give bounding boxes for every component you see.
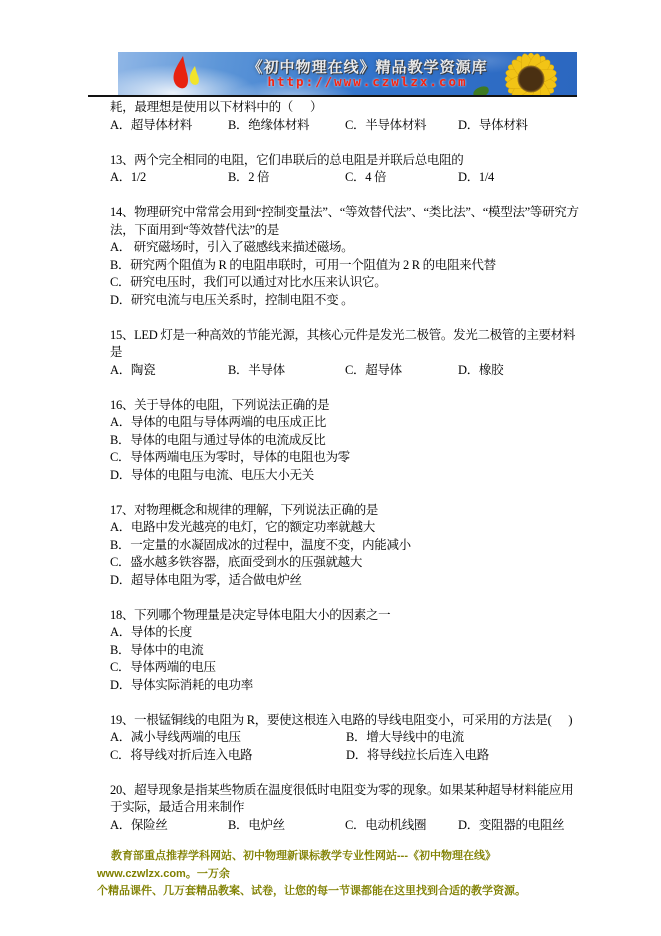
option-a: A．导体的长度 bbox=[110, 624, 585, 642]
option-c: C．盛水越多铁容器，底面受到水的压强就越大 bbox=[110, 554, 585, 572]
footer-line2: 个精品课件、几万套精品教案、试卷，让您的每一节课都能在这里找到合适的教学资源。 bbox=[97, 883, 585, 901]
question-stem: 耗，最理想是使用以下材料中的（ ） bbox=[110, 99, 585, 117]
option-b: B．导体的电阻与通过导体的电流成反比 bbox=[110, 432, 585, 450]
option-b: B．增大导线中的电流 bbox=[346, 729, 585, 747]
option-b: B．一定量的水凝固成冰的过程中，温度不变，内能减小 bbox=[110, 537, 585, 555]
option-d: D．橡胶 bbox=[458, 362, 585, 380]
option-d: D．导体材料 bbox=[458, 117, 585, 135]
option-d: D．导体的电阻与电流、电压大小无关 bbox=[110, 467, 585, 485]
option-a: A．超导体材料 bbox=[110, 117, 228, 135]
question-continuation: 耗，最理想是使用以下材料中的（ ） A．超导体材料 B．绝缘体材料 C．半导体材… bbox=[110, 99, 585, 134]
question-13: 13、两个完全相同的电阻，它们串联后的总电阻是并联后总电阻的 A．1/2 B．2… bbox=[110, 152, 585, 187]
option-a: A．导体的电阻与导体两端的电压成正比 bbox=[110, 414, 585, 432]
option-a: A．减小导线两端的电压 bbox=[110, 729, 346, 747]
question-stem: 18、下列哪个物理量是决定导体电阻大小的因素之一 bbox=[110, 607, 585, 625]
question-stem: 14、物理研究中常常会用到“控制变量法”、“等效替代法”、“类比法”、“模型法”… bbox=[110, 204, 585, 239]
option-d: D．1/4 bbox=[458, 169, 585, 187]
option-d: D．超导体电阻为零，适合做电炉丝 bbox=[110, 572, 585, 590]
option-a: A．电路中发光越亮的电灯，它的额定功率就越大 bbox=[110, 519, 585, 537]
question-19: 19、一根锰铜线的电阻为 R，要使这根连入电路的导线电阻变小，可采用的方法是( … bbox=[110, 712, 585, 765]
site-footer: 教育部重点推荐学科网站、初中物理新课标教学专业性网站---《初中物理在线》www… bbox=[97, 848, 585, 901]
question-stem: 17、对物理概念和规律的理解，下列说法正确的是 bbox=[110, 502, 585, 520]
option-b: B．半导体 bbox=[228, 362, 345, 380]
option-c: C．4 倍 bbox=[345, 169, 458, 187]
option-a: A．陶瓷 bbox=[110, 362, 228, 380]
option-d: D．变阻器的电阻丝 bbox=[458, 817, 585, 835]
worksheet-body: 耗，最理想是使用以下材料中的（ ） A．超导体材料 B．绝缘体材料 C．半导体材… bbox=[110, 99, 585, 852]
question-17: 17、对物理概念和规律的理解，下列说法正确的是 A．电路中发光越亮的电灯，它的额… bbox=[110, 502, 585, 590]
option-c: C．电动机线圈 bbox=[345, 817, 458, 835]
option-c: C．超导体 bbox=[345, 362, 458, 380]
question-stem: 20、超导现象是指某些物质在温度很低时电阻变为零的现象。如果某种超导材料能应用于… bbox=[110, 782, 585, 817]
option-b: B．绝缘体材料 bbox=[228, 117, 345, 135]
sunflower-icon bbox=[491, 52, 571, 95]
option-d: D．研究电流与电压关系时，控制电阻不变 。 bbox=[110, 292, 585, 310]
option-b: B．导体中的电流 bbox=[110, 642, 585, 660]
question-18: 18、下列哪个物理量是决定导体电阻大小的因素之一 A．导体的长度 B．导体中的电… bbox=[110, 607, 585, 695]
site-banner: 《初中物理在线》精品教学资源库 http://www.czwlzx.com bbox=[118, 52, 577, 95]
question-14: 14、物理研究中常常会用到“控制变量法”、“等效替代法”、“类比法”、“模型法”… bbox=[110, 204, 585, 309]
option-grid: A．减小导线两端的电压 B．增大导线中的电流 C．将导线对折后连入电路 D．将导… bbox=[110, 729, 585, 764]
option-row: A．陶瓷 B．半导体 C．超导体 D．橡胶 bbox=[110, 362, 585, 380]
option-b: B．2 倍 bbox=[228, 169, 345, 187]
option-a: A．1/2 bbox=[110, 169, 228, 187]
banner-divider bbox=[88, 95, 577, 97]
option-row: A．保险丝 B．电炉丝 C．电动机线圈 D．变阻器的电阻丝 bbox=[110, 817, 585, 835]
question-20: 20、超导现象是指某些物质在温度很低时电阻变为零的现象。如果某种超导材料能应用于… bbox=[110, 782, 585, 835]
question-stem: 13、两个完全相同的电阻，它们串联后的总电阻是并联后总电阻的 bbox=[110, 152, 585, 170]
option-d: D．导体实际消耗的电功率 bbox=[110, 677, 585, 695]
option-c: C．导体两端电压为零时，导体的电阻也为零 bbox=[110, 449, 585, 467]
footer-line1: 教育部重点推荐学科网站、初中物理新课标教学专业性网站---《初中物理在线》www… bbox=[97, 848, 585, 883]
option-a: A． 研究磁场时，引入了磁感线来描述磁场。 bbox=[110, 239, 585, 257]
option-d: D．将导线拉长后连入电路 bbox=[346, 747, 585, 765]
option-row: A．1/2 B．2 倍 C．4 倍 D．1/4 bbox=[110, 169, 585, 187]
option-c: C．将导线对折后连入电路 bbox=[110, 747, 346, 765]
option-a: A．保险丝 bbox=[110, 817, 228, 835]
question-stem: 16、关于导体的电阻，下列说法正确的是 bbox=[110, 397, 585, 415]
question-15: 15、LED 灯是一种高效的节能光源，其核心元件是发光二极管。发光二极管的主要材… bbox=[110, 327, 585, 380]
flame-logo-icon bbox=[166, 55, 208, 92]
option-b: B．电炉丝 bbox=[228, 817, 345, 835]
question-16: 16、关于导体的电阻，下列说法正确的是 A．导体的电阻与导体两端的电压成正比 B… bbox=[110, 397, 585, 485]
option-b: B．研究两个阻值为 R 的电阻串联时，可用一个阻值为 2 R 的电阻来代替 bbox=[110, 257, 585, 275]
option-c: C．导体两端的电压 bbox=[110, 659, 585, 677]
question-stem: 15、LED 灯是一种高效的节能光源，其核心元件是发光二极管。发光二极管的主要材… bbox=[110, 327, 585, 362]
question-stem: 19、一根锰铜线的电阻为 R，要使这根连入电路的导线电阻变小，可采用的方法是( … bbox=[110, 712, 585, 730]
option-row: A．超导体材料 B．绝缘体材料 C．半导体材料 D．导体材料 bbox=[110, 117, 585, 135]
option-c: C．半导体材料 bbox=[345, 117, 458, 135]
option-c: C．研究电压时，我们可以通过对比水压来认识它。 bbox=[110, 274, 585, 292]
